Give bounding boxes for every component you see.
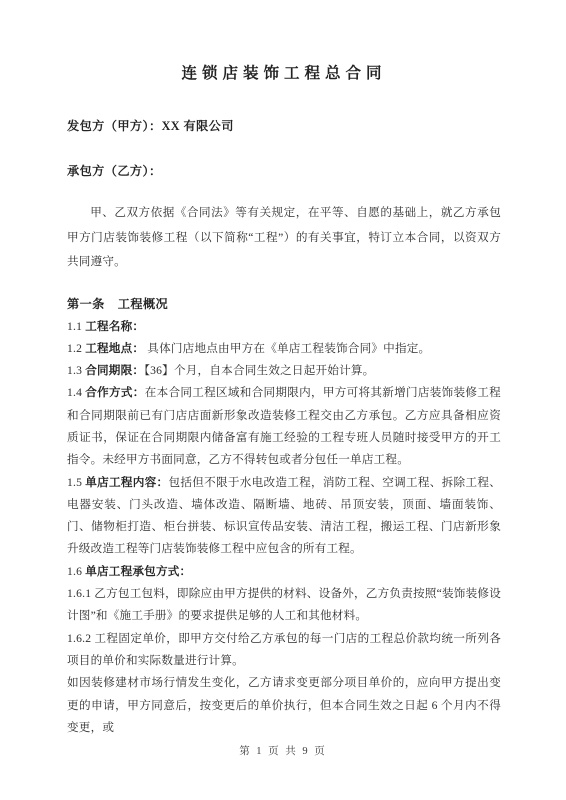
document-title: 连锁店装饰工程总合同 [67, 64, 501, 84]
preamble-paragraph: 甲、乙双方依据《合同法》等有关规定，在平等、自愿的基础上，就乙方承包甲方门店装饰… [67, 201, 501, 275]
clause-text: 如因装修建材市场行情发生变化，乙方请求变更部分项目单价的，应向甲方提出变更的申请… [67, 676, 501, 734]
clause-number: 1.6.1 [67, 587, 94, 600]
clause-number: 1.5 [67, 476, 85, 489]
clause-1-6: 1.6 单店工程承包方式： [67, 561, 501, 583]
clause-price-change-paragraph: 如因装修建材市场行情发生变化，乙方请求变更部分项目单价的，应向甲方提出变更的申请… [67, 672, 501, 739]
section-title: 工程概况 [118, 297, 168, 311]
clause-1-1: 1.1 工程名称： [67, 316, 501, 338]
clause-number: 1.2 [67, 342, 85, 355]
document-content: 连锁店装饰工程总合同 发包方（甲方）：XX 有限公司 承包方（乙方）： 甲、乙双… [67, 64, 501, 739]
clause-text: 具体门店地点由甲方在《单店工程装饰合同》中指定。 [144, 342, 430, 355]
section-heading: 第一条工程概况 [67, 292, 501, 316]
clause-number: 1.4 [67, 386, 85, 399]
clause-text: 乙方包工包料，即除应由甲方提供的材料、设备外，乙方负责按照“装饰装修设计图”和《… [67, 587, 501, 622]
clause-label: 单店工程内容： [85, 476, 168, 489]
clause-text: 工程固定单价，即甲方交付给乙方承包的每一门店的工程总价款均统一所列各项目的单价和… [67, 632, 501, 667]
clause-label: 工程地点： [85, 342, 144, 355]
party-a-label: 发包方（甲方）： [67, 119, 162, 133]
party-b-line: 承包方（乙方）： [67, 159, 501, 183]
party-a-line: 发包方（甲方）：XX 有限公司 [67, 114, 501, 138]
clause-1-6-1: 1.6.1 乙方包工包料，即除应由甲方提供的材料、设备外，乙方负责按照“装饰装修… [67, 583, 501, 628]
party-a-value: XX 有限公司 [162, 119, 234, 133]
clause-text: 【36】个月，自本合同生效之日起开始计算。 [144, 364, 374, 377]
clause-list: 1.1 工程名称： 1.2 工程地点： 具体门店地点由甲方在《单店工程装饰合同》… [67, 316, 501, 740]
clause-label: 单店工程承包方式： [85, 565, 191, 578]
clause-1-3: 1.3 合同期限：【36】个月，自本合同生效之日起开始计算。 [67, 360, 501, 382]
clause-1-2: 1.2 工程地点： 具体门店地点由甲方在《单店工程装饰合同》中指定。 [67, 338, 501, 360]
clause-label: 工程名称： [85, 320, 144, 333]
clause-number: 1.6.2 [67, 632, 94, 645]
clause-label: 合作方式： [85, 386, 144, 399]
clause-label: 合同期限： [85, 364, 144, 377]
party-b-label: 承包方（乙方）： [67, 164, 162, 178]
clause-1-5: 1.5 单店工程内容：包括但不限于水电改造工程，消防工程、空调工程、拆除工程、电… [67, 472, 501, 561]
clause-1-6-2: 1.6.2 工程固定单价，即甲方交付给乙方承包的每一门店的工程总价款均统一所列各… [67, 628, 501, 673]
clause-number: 1.1 [67, 320, 85, 333]
section-number: 第一条 [67, 297, 105, 311]
clause-number: 1.3 [67, 364, 85, 377]
clause-1-4: 1.4 合作方式：在本合同工程区域和合同期限内，甲方可将其新增门店装饰装修工程和… [67, 382, 501, 471]
contract-document-page: 连锁店装饰工程总合同 发包方（甲方）：XX 有限公司 承包方（乙方）： 甲、乙双… [0, 0, 566, 800]
clause-number: 1.6 [67, 565, 85, 578]
page-number: 第 1 页 共 9 页 [0, 743, 566, 758]
